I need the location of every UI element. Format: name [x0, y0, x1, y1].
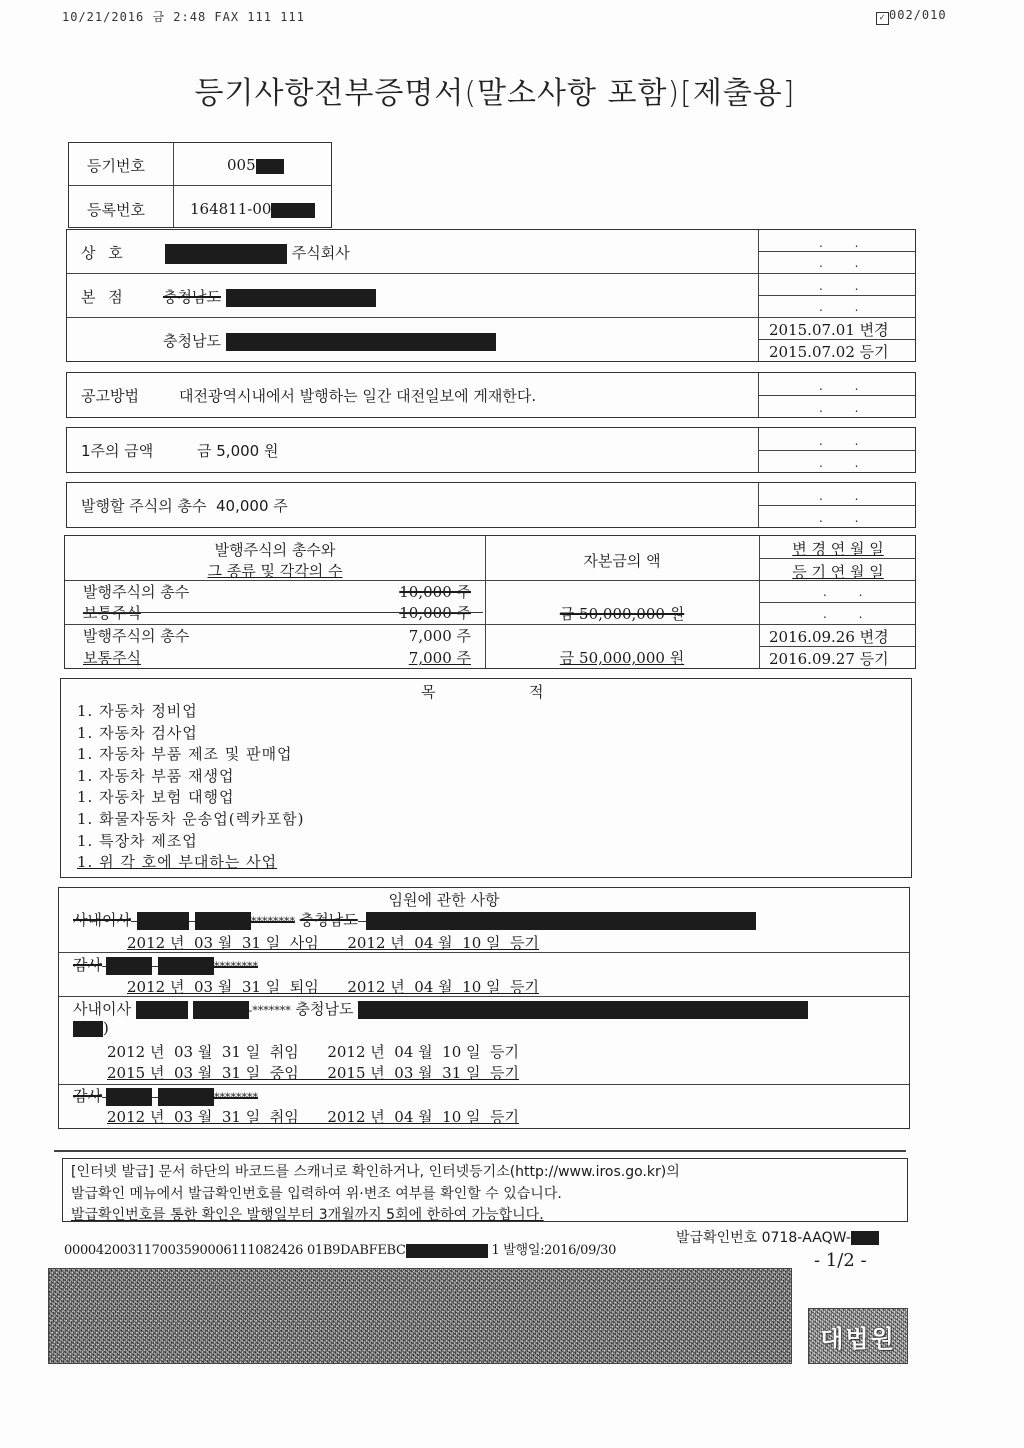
redacted-block	[271, 203, 315, 218]
section-divider	[54, 1150, 906, 1152]
redacted-block	[106, 957, 152, 975]
common-shares-label: 보통주식	[83, 647, 141, 668]
purpose-item: 1. 자동차 정비업	[77, 701, 304, 723]
office-registration-date: 2015.07.02 등기	[769, 341, 889, 362]
notice-method-value: 대전광역시내에서 발행하는 일간 대전일보에 게재한다.	[179, 385, 536, 406]
par-value-section: . . . . 1주의 금액 금 5,000 원	[66, 427, 916, 473]
internet-issuance-notice: [인터넷 발급] 문서 하단의 바코드를 스캐너로 확인하거나, 인터넷등기소(…	[62, 1158, 908, 1222]
officer-entry: 감사********	[73, 954, 258, 975]
officer-address-tail: )	[73, 1019, 109, 1037]
common-shares-value: 7,000 주	[409, 647, 471, 668]
verification-number: 발급확인번호 0718-AAQW-	[676, 1227, 879, 1247]
officer-event: 2012 년 03 월 31 일 퇴임 2012 년 04 월 10 일 등기	[127, 976, 539, 997]
officer-event: 2012 년 03 월 31 일 사임 2012 년 04 월 10 일 등기	[127, 932, 539, 953]
redacted-block	[158, 1088, 214, 1106]
page-number: - 1/2 -	[814, 1250, 867, 1271]
company-name-value: 주식회사	[165, 242, 350, 264]
redacted-block	[195, 912, 251, 930]
capital-amount: 금 50,000,000 원	[485, 603, 759, 624]
officer-entry: 사내이사******** 충청남도	[73, 909, 756, 930]
officer-event: 2012 년 03 월 31 일 취임 2012 년 04 월 10 일 등기	[107, 1106, 519, 1127]
registry-number-value: 005	[227, 156, 284, 174]
purpose-item: 1. 자동차 부품 제조 및 판매업	[77, 744, 304, 766]
capital-amount: 금 50,000,000 원	[485, 647, 759, 668]
office-change-date: 2015.07.01 변경	[769, 319, 889, 340]
shares-header-line1: 발행주식의 총수와	[65, 539, 485, 560]
notice-method-section: . . . . 공고방법 대전광역시내에서 발행하는 일간 대전일보에 게재한다…	[66, 372, 916, 418]
redacted-block	[358, 1001, 808, 1019]
registry-number-label: 등기번호	[87, 155, 145, 176]
officer-entry: 감사********	[73, 1085, 258, 1106]
notice-line: [인터넷 발급] 문서 하단의 바코드를 스캐너로 확인하거나, 인터넷등기소(…	[71, 1161, 680, 1181]
company-info-section: . . . . . . . . 2015.07.01 변경 2015.07.02…	[66, 229, 916, 362]
notice-line: 발급확인번호를 통한 확인은 발행일부터 3개월까지 5회에 한하여 가능합니다…	[71, 1204, 544, 1224]
purpose-item: 1. 특장차 제조업	[77, 831, 304, 853]
authorized-shares-label: 발행할 주식의 총수 40,000 주	[81, 495, 288, 516]
redacted-block	[106, 1088, 152, 1106]
registry-number-table: 등기번호 005 등록번호 164811-00	[68, 142, 332, 228]
head-office-label: 본 점	[81, 286, 127, 307]
shares-capital-table: 발행주식의 총수와 그 종류 및 각각의 수 자본금의 액 변 경 연 월 일 …	[64, 535, 916, 669]
redacted-block	[193, 1001, 249, 1019]
registration-id-label: 등록번호	[87, 199, 145, 220]
document-title: 등기사항전부증명서(말소사항 포함)[제출용]	[0, 68, 990, 112]
purpose-list: 1. 자동차 정비업1. 자동차 검사업1. 자동차 부품 제조 및 판매업1.…	[77, 701, 304, 874]
issued-total-value: 7,000 주	[409, 625, 471, 646]
issued-total-label: 발행주식의 총수	[83, 581, 189, 602]
par-value-value: 금 5,000 원	[197, 440, 278, 461]
notice-line: 발급확인 메뉴에서 발급확인번호를 입력하여 위·변조 여부를 확인할 수 있습…	[71, 1183, 562, 1203]
issued-total-value: 10,000 주	[399, 581, 471, 602]
purpose-item: 1. 화물자동차 운송업(렉카포함)	[77, 809, 304, 831]
fax-header-left: 10/21/2016 금 2:48 FAX 111 111	[62, 8, 305, 25]
purpose-item: 1. 자동차 검사업	[77, 723, 304, 745]
court-seal: 대법원	[808, 1308, 908, 1364]
officers-header: 임원에 관한 사항	[59, 889, 829, 910]
redacted-block	[165, 244, 287, 264]
fax-page-number: 002/010	[889, 8, 947, 22]
document-serial: 000042003117003590006111082426 01B9DABFE…	[64, 1239, 616, 1258]
redacted-block	[366, 912, 756, 930]
redacted-block	[851, 1231, 879, 1245]
redacted-block	[256, 159, 284, 174]
redacted-block	[137, 912, 189, 930]
purpose-item: 1. 위 각 호에 부대하는 사업	[77, 852, 304, 874]
fax-page-counter: ✓002/010	[876, 8, 947, 25]
capital-registration-date: 2016.09.27 등기	[769, 648, 889, 669]
fax-check-icon: ✓	[876, 12, 889, 25]
security-barcode	[48, 1268, 792, 1364]
redacted-block	[406, 1244, 488, 1258]
head-office-new: 충청남도	[163, 330, 496, 351]
officer-entry: 사내이사 -******* 충청남도	[73, 998, 808, 1019]
redacted-block	[158, 957, 214, 975]
company-name-label: 상 호	[81, 242, 127, 263]
purpose-header-right: 적	[529, 681, 544, 702]
purpose-item: 1. 자동차 부품 재생업	[77, 766, 304, 788]
redacted-block	[226, 289, 376, 307]
purpose-section: 목 적 1. 자동차 정비업1. 자동차 검사업1. 자동차 부품 제조 및 판…	[60, 678, 912, 878]
purpose-header-left: 목	[421, 681, 436, 702]
head-office-old: 충청남도	[163, 286, 376, 307]
registration-id-value: 164811-00	[190, 200, 315, 218]
redacted-block	[136, 1001, 188, 1019]
officers-section: 임원에 관한 사항 사내이사******** 충청남도 2012 년 03 월 …	[58, 887, 910, 1129]
capital-change-date: 2016.09.26 변경	[769, 626, 889, 647]
change-date-header: 변 경 연 월 일	[759, 538, 917, 559]
redacted-block	[226, 333, 496, 351]
notice-method-label: 공고방법	[81, 385, 139, 406]
capital-header: 자본금의 액	[485, 550, 759, 571]
shares-header-line2: 그 종류 및 각각의 수	[65, 560, 485, 581]
authorized-shares-section: . . . . 발행할 주식의 총수 40,000 주	[66, 482, 916, 528]
officer-event: 2015 년 03 월 31 일 중임 2015 년 03 월 31 일 등기	[107, 1062, 519, 1083]
registration-date-header: 등 기 연 월 일	[759, 561, 917, 582]
purpose-item: 1. 자동차 보험 대행업	[77, 787, 304, 809]
redacted-block	[73, 1021, 103, 1037]
seal-text: 대법원	[820, 1319, 896, 1354]
officer-event: 2012 년 03 월 31 일 취임 2012 년 04 월 10 일 등기	[107, 1041, 519, 1062]
par-value-label: 1주의 금액	[81, 440, 153, 461]
issued-total-label: 발행주식의 총수	[83, 625, 189, 646]
